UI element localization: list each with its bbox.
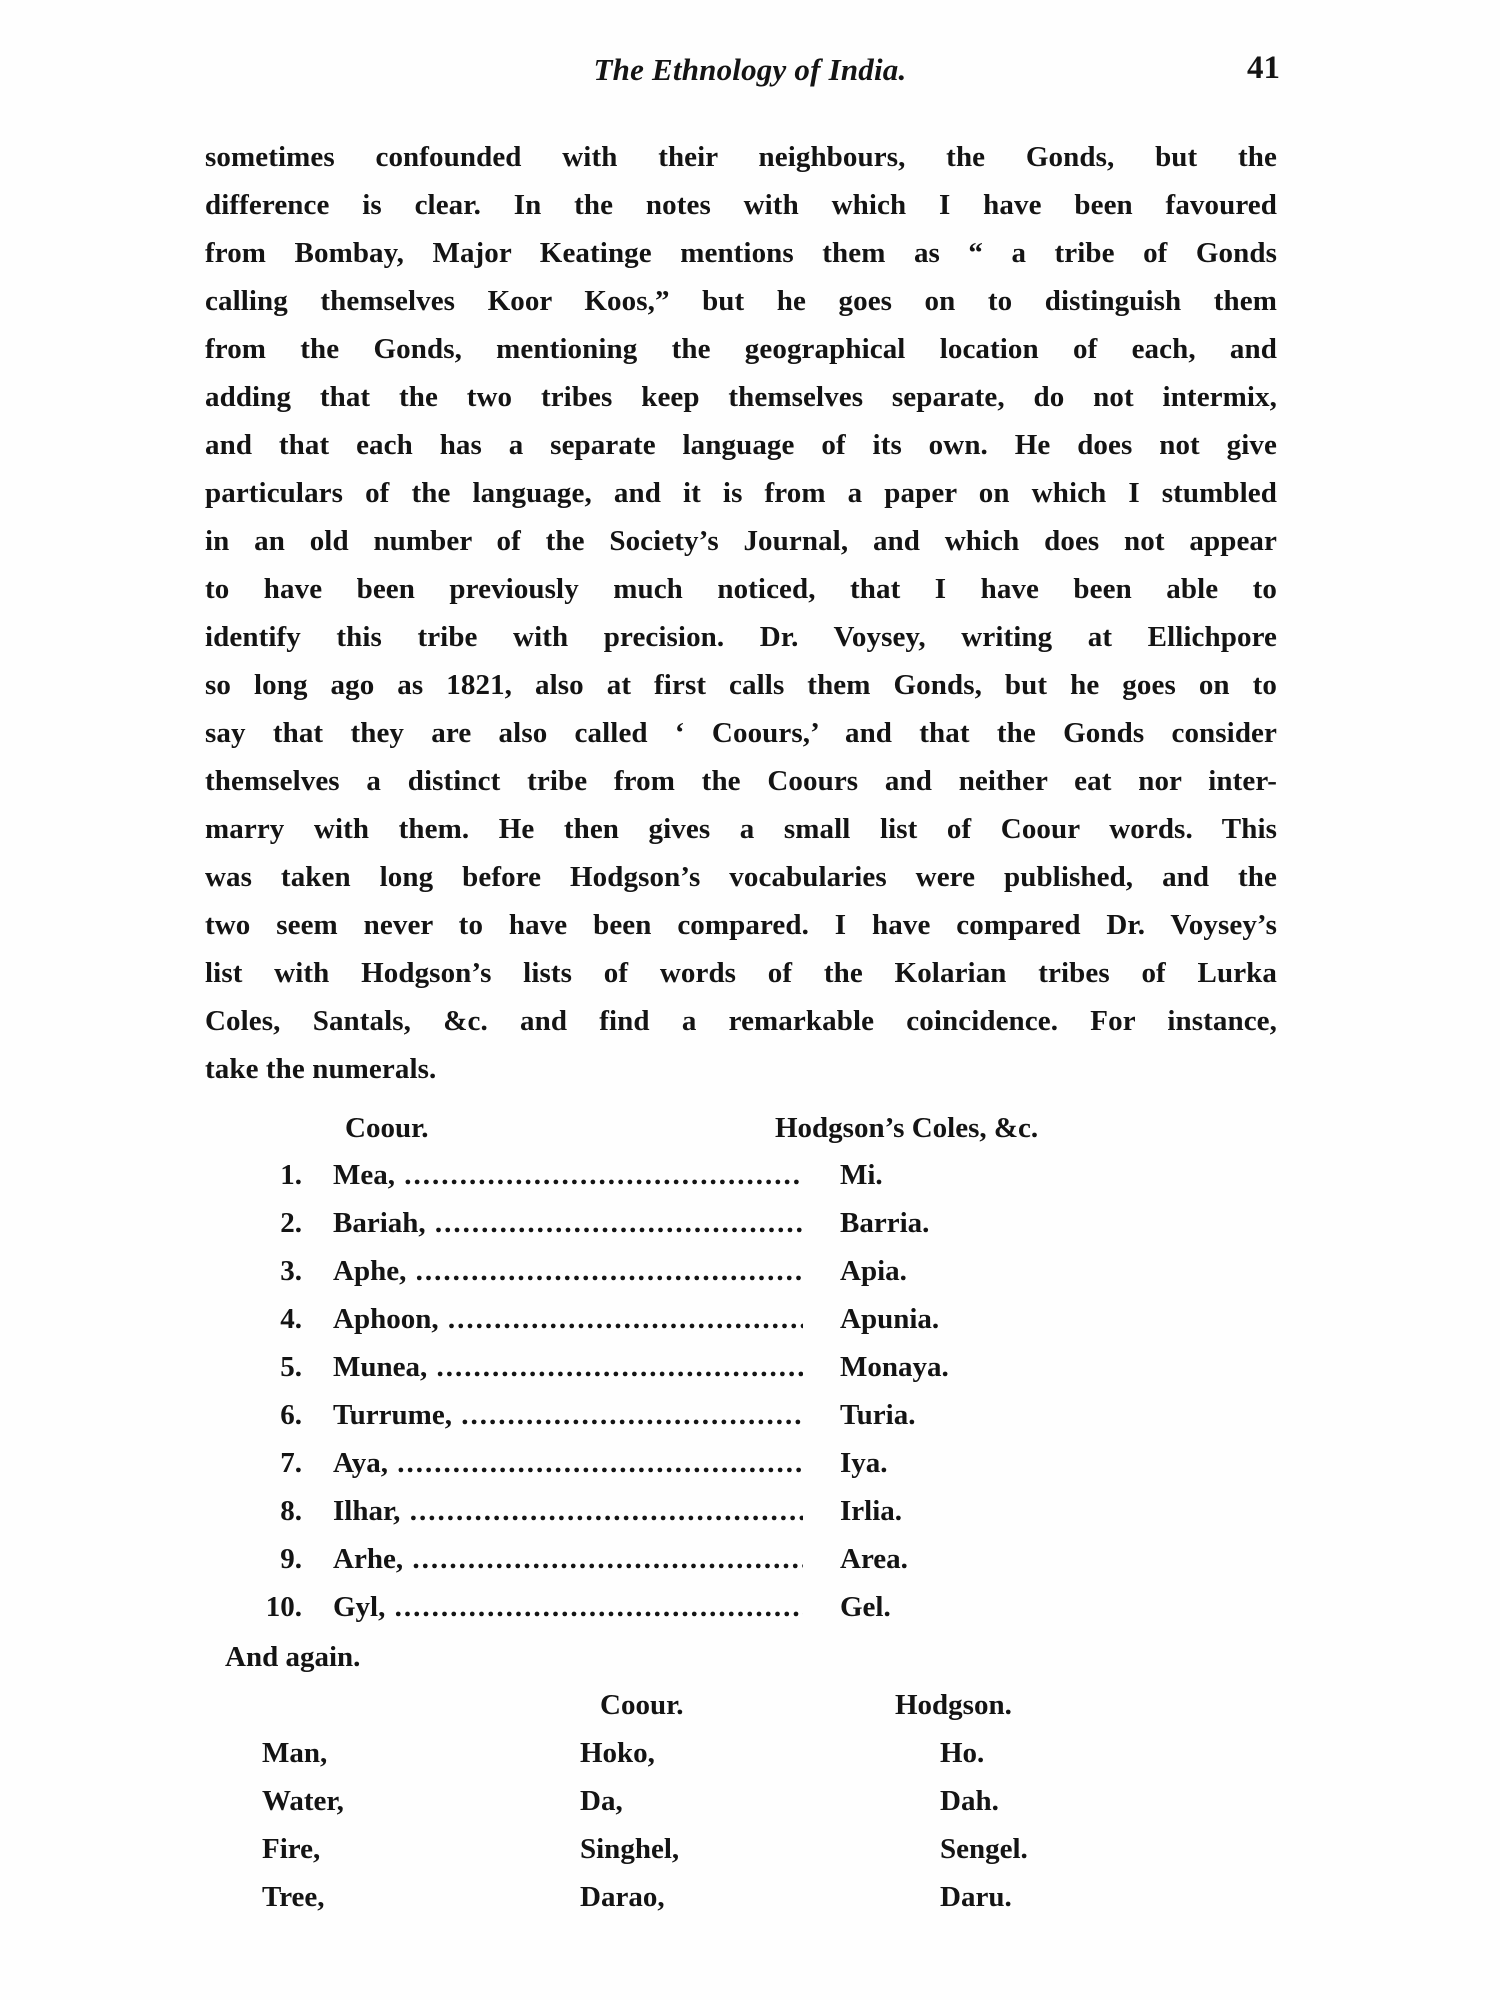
text-line: identify this tribe with precision. Dr. … bbox=[205, 617, 1277, 657]
column-header-hodgson: Hodgson’s Coles, &c. bbox=[775, 1108, 1038, 1148]
table-row: 4. Aphoon, Apunia. bbox=[0, 1299, 1500, 1339]
text-line: list with Hodgson’s lists of words of th… bbox=[205, 953, 1277, 993]
row-number: 10. bbox=[240, 1587, 302, 1627]
column-header-coour: Coour. bbox=[600, 1685, 684, 1725]
text-line: from the Gonds, mentioning the geographi… bbox=[205, 329, 1277, 369]
hodgson-word: Sengel. bbox=[940, 1829, 1028, 1869]
table-row: 2. Bariah, Barria. bbox=[0, 1203, 1500, 1243]
table-row: 8. Ilhar, Irlia. bbox=[0, 1491, 1500, 1531]
text-line: particulars of the language, and it is f… bbox=[205, 473, 1277, 513]
coour-word: Arhe, bbox=[333, 1539, 803, 1579]
row-number: 2. bbox=[240, 1203, 302, 1243]
coour-word: Mea, bbox=[333, 1155, 803, 1195]
hodgson-word: Iya. bbox=[840, 1443, 888, 1483]
table-row: 9. Arhe, Area. bbox=[0, 1539, 1500, 1579]
text-line: themselves a distinct tribe from the Coo… bbox=[205, 761, 1277, 801]
table-row: 3. Aphe, Apia. bbox=[0, 1251, 1500, 1291]
english-word: Tree, bbox=[262, 1877, 325, 1917]
text-line: sometimes confounded with their neighbou… bbox=[205, 137, 1277, 177]
table-row: 5. Munea, Monaya. bbox=[0, 1347, 1500, 1387]
hodgson-word: Irlia. bbox=[840, 1491, 902, 1531]
row-number: 7. bbox=[240, 1443, 302, 1483]
coour-word: Munea, bbox=[333, 1347, 803, 1387]
coour-word: Aya, bbox=[333, 1443, 803, 1483]
coour-word: Gyl, bbox=[333, 1587, 803, 1627]
text-line: so long ago as 1821, also at first calls… bbox=[205, 665, 1277, 705]
hodgson-word: Area. bbox=[840, 1539, 908, 1579]
hodgson-word: Turia. bbox=[840, 1395, 916, 1435]
coour-word: Ilhar, bbox=[333, 1491, 803, 1531]
row-number: 8. bbox=[240, 1491, 302, 1531]
coour-word: Bariah, bbox=[333, 1203, 803, 1243]
coour-word: Singhel, bbox=[580, 1829, 679, 1869]
text-line: take the numerals. bbox=[205, 1049, 1277, 1089]
hodgson-word: Barria. bbox=[840, 1203, 929, 1243]
text-line: two seem never to have been compared. I … bbox=[205, 905, 1277, 945]
hodgson-word: Ho. bbox=[940, 1733, 984, 1773]
page-number: 41 bbox=[1220, 50, 1280, 87]
table-row: 7. Aya, Iya. bbox=[0, 1443, 1500, 1483]
text-line: adding that the two tribes keep themselv… bbox=[205, 377, 1277, 417]
hodgson-word: Apia. bbox=[840, 1251, 907, 1291]
table-row: Fire, Singhel, Sengel. bbox=[0, 1829, 1500, 1869]
book-page: The Ethnology of India. 41 sometimes con… bbox=[0, 0, 1500, 2000]
hodgson-word: Gel. bbox=[840, 1587, 891, 1627]
hodgson-word: Apunia. bbox=[840, 1299, 939, 1339]
text-line: in an old number of the Society’s Journa… bbox=[205, 521, 1277, 561]
hodgson-word: Daru. bbox=[940, 1877, 1012, 1917]
and-again-text: And again. bbox=[225, 1637, 360, 1677]
column-header-coour: Coour. bbox=[345, 1108, 429, 1148]
text-line: and that each has a separate language of… bbox=[205, 425, 1277, 465]
row-number: 1. bbox=[240, 1155, 302, 1195]
text-line: say that they are also called ‘ Coours,’… bbox=[205, 713, 1277, 753]
column-header-hodgson: Hodgson. bbox=[895, 1685, 1012, 1725]
row-number: 6. bbox=[240, 1395, 302, 1435]
table-row: 1. Mea, Mi. bbox=[0, 1155, 1500, 1195]
english-word: Man, bbox=[262, 1733, 327, 1773]
row-number: 5. bbox=[240, 1347, 302, 1387]
english-word: Fire, bbox=[262, 1829, 320, 1869]
table-row: Water, Da, Dah. bbox=[0, 1781, 1500, 1821]
text-line: marry with them. He then gives a small l… bbox=[205, 809, 1277, 849]
table-row: Tree, Darao, Daru. bbox=[0, 1877, 1500, 1917]
text-line: to have been previously much noticed, th… bbox=[205, 569, 1277, 609]
text-line: from Bombay, Major Keatinge mentions the… bbox=[205, 233, 1277, 273]
table-row: Man, Hoko, Ho. bbox=[0, 1733, 1500, 1773]
text-line: difference is clear. In the notes with w… bbox=[205, 185, 1277, 225]
coour-word: Aphe, bbox=[333, 1251, 803, 1291]
text-line: Coles, Santals, &c. and find a remarkabl… bbox=[205, 1001, 1277, 1041]
coour-word: Da, bbox=[580, 1781, 623, 1821]
coour-word: Darao, bbox=[580, 1877, 665, 1917]
coour-word: Hoko, bbox=[580, 1733, 655, 1773]
row-number: 4. bbox=[240, 1299, 302, 1339]
text-line: calling themselves Koor Koos,” but he go… bbox=[205, 281, 1277, 321]
hodgson-word: Dah. bbox=[940, 1781, 999, 1821]
english-word: Water, bbox=[262, 1781, 344, 1821]
row-number: 9. bbox=[240, 1539, 302, 1579]
running-title: The Ethnology of India. bbox=[450, 52, 1050, 88]
coour-word: Aphoon, bbox=[333, 1299, 803, 1339]
hodgson-word: Mi. bbox=[840, 1155, 883, 1195]
hodgson-word: Monaya. bbox=[840, 1347, 949, 1387]
text-line: was taken long before Hodgson’s vocabula… bbox=[205, 857, 1277, 897]
row-number: 3. bbox=[240, 1251, 302, 1291]
table-row: 6. Turrume, Turia. bbox=[0, 1395, 1500, 1435]
coour-word: Turrume, bbox=[333, 1395, 803, 1435]
table-row: 10. Gyl, Gel. bbox=[0, 1587, 1500, 1627]
